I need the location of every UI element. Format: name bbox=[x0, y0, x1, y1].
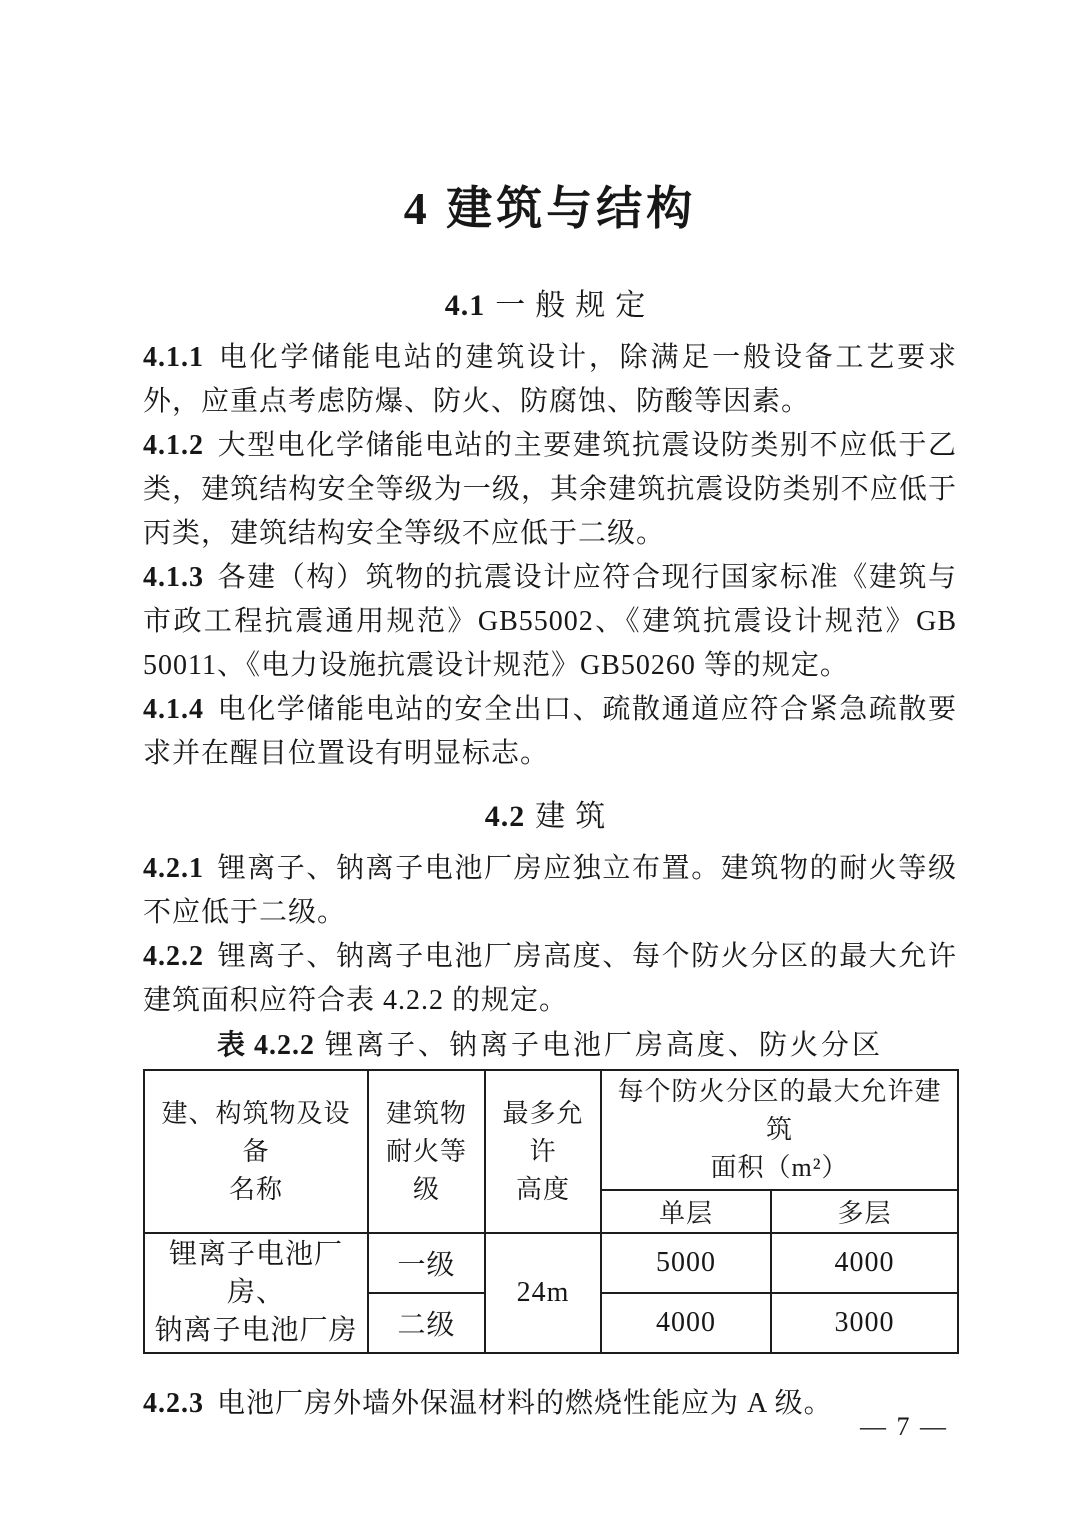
section-title: 一般规定 bbox=[495, 289, 655, 322]
table-caption: 表 4.2.2锂离子、钠离子电池厂房高度、防火分区 bbox=[143, 1025, 957, 1067]
section-heading-4-2: 4.2建筑 bbox=[143, 796, 957, 838]
clause-number: 4.2.1 bbox=[143, 853, 204, 884]
header-max-height: 最多允许 高度 bbox=[485, 1070, 601, 1233]
section-heading-4-1: 4.1一般规定 bbox=[143, 285, 957, 327]
clause-4-1-1: 4.1.1电化学储能电站的建筑设计，除满足一般设备工艺要求外，应重点考虑防爆、防… bbox=[143, 336, 957, 424]
chapter-title: 4 建筑与结构 bbox=[143, 183, 957, 235]
clause-4-1-3: 4.1.3各建（构）筑物的抗震设计应符合现行国家标准《建筑与市政工程抗震通用规范… bbox=[143, 556, 957, 688]
cell-single: 5000 bbox=[601, 1233, 771, 1293]
header-single-storey: 单层 bbox=[601, 1190, 771, 1233]
table-row: 锂离子电池厂房、 钠离子电池厂房 一级 24m 5000 4000 bbox=[144, 1233, 958, 1293]
header-fire-rating: 建筑物 耐火等级 bbox=[368, 1070, 485, 1233]
table-4-2-2: 建、构筑物及设备 名称 建筑物 耐火等级 最多允许 高度 每个防火分区的最大允许… bbox=[143, 1069, 959, 1354]
clause-text: 大型电化学储能电站的主要建筑抗震设防类别不应低于乙类，建筑结构安全等级为一级，其… bbox=[143, 430, 957, 549]
clause-number: 4.1.1 bbox=[143, 342, 204, 373]
header-multi-storey: 多层 bbox=[771, 1190, 958, 1233]
clause-number: 4.1.3 bbox=[143, 562, 204, 593]
clause-number: 4.2.3 bbox=[143, 1388, 204, 1419]
header-name: 建、构筑物及设备 名称 bbox=[144, 1070, 368, 1233]
cell-rating: 二级 bbox=[368, 1293, 485, 1353]
section-number: 4.1 bbox=[445, 289, 486, 322]
header-area-group: 每个防火分区的最大允许建筑 面积（m²） bbox=[601, 1070, 958, 1190]
cell-single: 4000 bbox=[601, 1293, 771, 1353]
clause-4-2-3: 4.2.3电池厂房外墙外保温材料的燃烧性能应为 A 级。 bbox=[143, 1382, 957, 1426]
cell-max-height: 24m bbox=[485, 1233, 601, 1353]
clause-4-1-2: 4.1.2大型电化学储能电站的主要建筑抗震设防类别不应低于乙类，建筑结构安全等级… bbox=[143, 424, 957, 556]
clause-text: 锂离子、钠离子电池厂房应独立布置。建筑物的耐火等级不应低于二级。 bbox=[143, 853, 957, 928]
document-page: 4 建筑与结构 4.1一般规定 4.1.1电化学储能电站的建筑设计，除满足一般设… bbox=[0, 0, 1080, 1528]
table-caption-label: 表 4.2.2 bbox=[217, 1030, 315, 1061]
clause-text: 各建（构）筑物的抗震设计应符合现行国家标准《建筑与市政工程抗震通用规范》GB55… bbox=[143, 562, 957, 681]
clause-text: 电化学储能电站的建筑设计，除满足一般设备工艺要求外，应重点考虑防爆、防火、防腐蚀… bbox=[143, 342, 957, 417]
cell-rating: 一级 bbox=[368, 1233, 485, 1293]
section-title: 建筑 bbox=[535, 800, 615, 833]
clause-4-1-4: 4.1.4电化学储能电站的安全出口、疏散通道应符合紧急疏散要求并在醒目位置设有明… bbox=[143, 688, 957, 776]
page-number: — 7 — bbox=[860, 1412, 948, 1442]
clause-number: 4.1.4 bbox=[143, 694, 204, 725]
cell-multi: 4000 bbox=[771, 1233, 958, 1293]
table-caption-text: 锂离子、钠离子电池厂房高度、防火分区 bbox=[325, 1030, 883, 1061]
cell-building-name: 锂离子电池厂房、 钠离子电池厂房 bbox=[144, 1233, 368, 1353]
clause-number: 4.2.2 bbox=[143, 941, 204, 972]
clause-text: 电化学储能电站的安全出口、疏散通道应符合紧急疏散要求并在醒目位置设有明显标志。 bbox=[143, 694, 957, 769]
section-number: 4.2 bbox=[485, 800, 526, 833]
clause-4-2-1: 4.2.1锂离子、钠离子电池厂房应独立布置。建筑物的耐火等级不应低于二级。 bbox=[143, 847, 957, 935]
clause-4-2-2: 4.2.2锂离子、钠离子电池厂房高度、每个防火分区的最大允许建筑面积应符合表 4… bbox=[143, 935, 957, 1023]
cell-multi: 3000 bbox=[771, 1293, 958, 1353]
clause-number: 4.1.2 bbox=[143, 430, 204, 461]
clause-text: 电池厂房外墙外保温材料的燃烧性能应为 A 级。 bbox=[217, 1388, 833, 1419]
clause-text: 锂离子、钠离子电池厂房高度、每个防火分区的最大允许建筑面积应符合表 4.2.2 … bbox=[143, 941, 957, 1016]
